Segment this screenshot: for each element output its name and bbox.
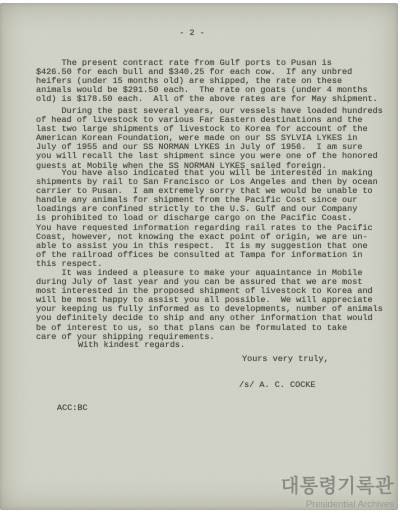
valediction-line: Yours very truly, — [242, 355, 329, 364]
letter-paragraph-acquaintance: It was indeed a pleasure to make your aq… — [36, 269, 382, 342]
closing-line: With kindest regards. — [78, 341, 185, 350]
reference-initials: ACC:BC — [57, 404, 88, 413]
page-number: - 2 - — [0, 29, 384, 38]
letter-paragraph-pacific-coast: You have also indicated that you will be… — [36, 169, 382, 269]
letter-paragraph-rates: The present contract rate from Gulf port… — [36, 59, 382, 104]
presidential-archives-watermark: 대통령기록관 Presidential Archives — [281, 476, 394, 510]
watermark-english-text: Presidential Archives — [281, 499, 394, 510]
signature-line: /s/ A. C. COCKE — [239, 381, 316, 390]
letter-paper: - 2 - The present contract rate from Gul… — [0, 3, 398, 510]
scanned-letter-page: - 2 - The present contract rate from Gul… — [0, 0, 400, 514]
watermark-korean-text: 대통령기록관 — [281, 476, 394, 498]
letter-paragraph-shipments-history: During the past several years, our vesse… — [36, 107, 382, 171]
